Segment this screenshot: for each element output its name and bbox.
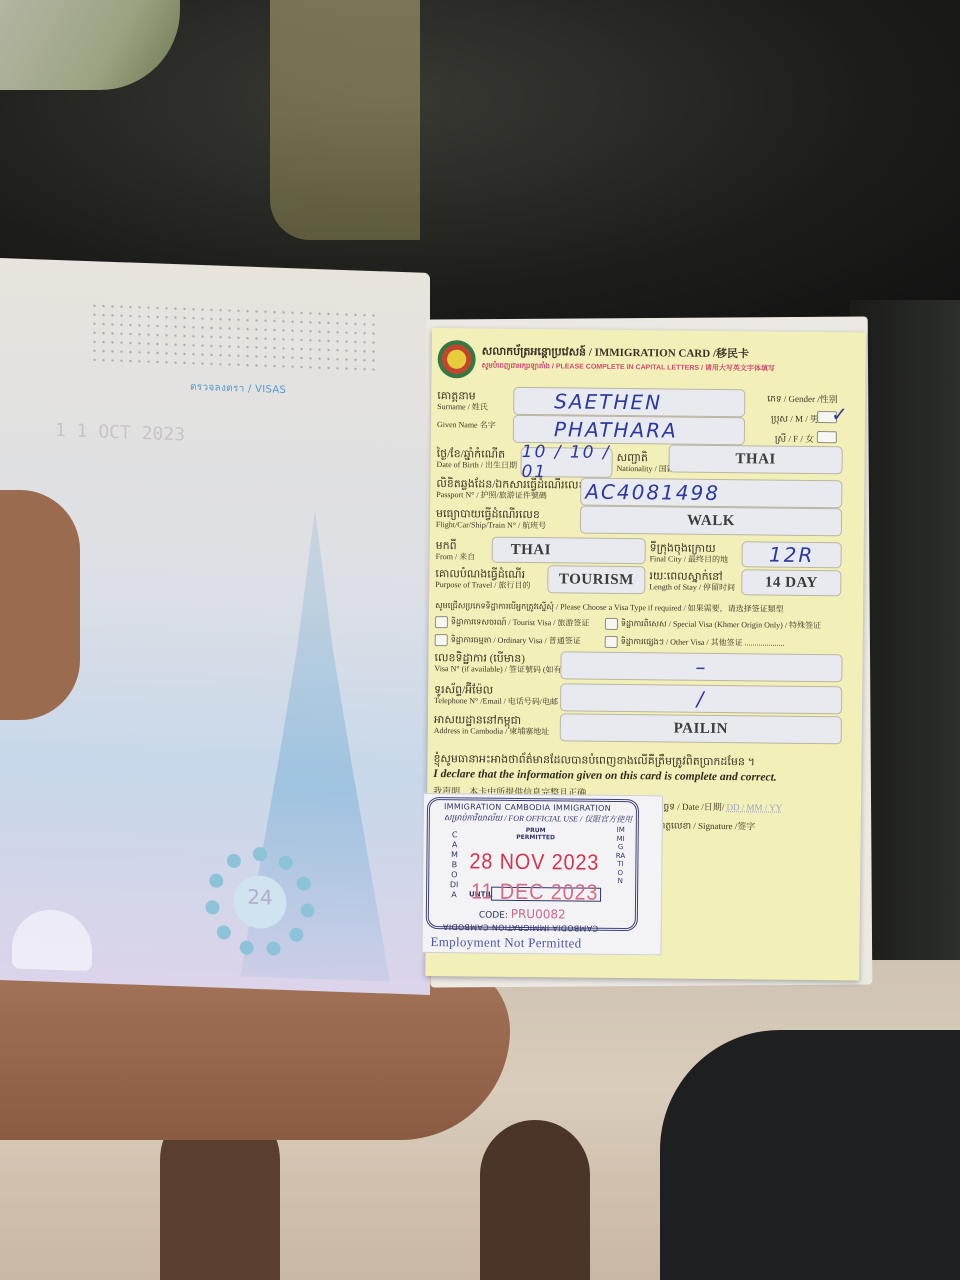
telephone-label: ទូរស័ព្ទ/អ៊ីម៉ែល Telephone N° /Email / 电… [434, 684, 558, 706]
purpose-label: គោលបំណងធ្វើដំណើរ Purpose of Travel / 旅行目… [435, 568, 530, 590]
gender-female-checkbox[interactable] [817, 431, 837, 443]
shoe [660, 1030, 960, 1280]
declaration-english: I declare that the information given on … [433, 768, 777, 784]
stamp-until-date: 11 DEC 2023 [471, 878, 599, 905]
other-visa-checkbox[interactable] [605, 636, 618, 648]
entry-stamp: IMMIGRATION CAMBODIA IMMIGRATION សម្រាប់… [421, 793, 663, 956]
gender-male-label: ប្រុស / M / 男 [771, 412, 819, 428]
flight-no-label: មធ្យោបាយធ្វើដំណើរលេខ Flight/Car/Ship/Tra… [436, 508, 546, 530]
gender-label: ភេទ / Gender /性别 [767, 392, 838, 408]
visa-no-label: លេខទិដ្ឋាការ (បើមាន) Visa N° (if availab… [434, 652, 564, 674]
signature-field[interactable]: ហត្ថលេខា / Signature /签字 [657, 818, 756, 834]
employment-notice: Employment Not Permitted [430, 934, 581, 952]
dob-label: ថ្ងៃ/ខែ/ឆ្នាំកំណើត Date of Birth / 出生日期 [437, 448, 518, 470]
sandal-foot [480, 1120, 590, 1280]
cambodia-emblem-icon [437, 340, 475, 378]
stamp-ring-bottom-text: CAMBODIA IMMIGRATION CAMBODIA [443, 922, 598, 933]
stamp-frame: IMMIGRATION CAMBODIA IMMIGRATION សម្រាប់… [426, 797, 639, 931]
passport-no-label: លិខិតឆ្លងដែន/ឯកសារធ្វើដំណើរលេខ Passport … [436, 478, 585, 501]
length-of-stay-field[interactable]: 14 DAY [741, 569, 841, 596]
length-of-stay-label: រយៈពេលស្នាក់នៅ Length of Stay / 停留时间 [649, 570, 735, 592]
address-label: អាសយដ្ឋាននៅកម្ពុជា Address in Cambodia /… [434, 714, 550, 736]
final-city-field[interactable]: 12R [742, 541, 842, 568]
purpose-field[interactable]: TOURISM [547, 565, 645, 594]
nationality-label: សញ្ជាតិ Nationality / 国籍 [616, 452, 674, 474]
nationality-field[interactable]: THAI [668, 444, 842, 474]
stamp-right-vertical-text: IMMIGRATION [615, 826, 626, 886]
check-mark-icon: ✓ [831, 402, 848, 426]
passport-no-field[interactable]: AC4081498 [580, 478, 842, 509]
address-field[interactable]: PAILIN [560, 713, 842, 744]
stamp-left-vertical-text: CAMBODIA [449, 830, 460, 900]
tourist-visa-checkbox[interactable] [435, 616, 448, 628]
page-number: 24 [233, 884, 287, 910]
from-label: មកពី From / 来自 [436, 540, 476, 561]
thumb [0, 490, 80, 720]
surname-label: គោត្តនាម Surname / 姓氏 [437, 390, 488, 412]
visa-type-prompt: សូមជ្រើសប្រភេទទិដ្ឋាការបើអ្នកត្រូវស្នើសុ… [435, 600, 784, 616]
visa-option-other[interactable]: ទិដ្ឋាការផ្សេងៗ / Other Visa / 其他签证 ....… [605, 636, 785, 650]
given-name-field[interactable]: PHATHARA [513, 415, 745, 445]
stamp-code: CODE: PRU0082 [479, 907, 566, 922]
flight-no-field[interactable]: WALK [580, 506, 842, 537]
dob-field[interactable]: 10 / 10 / 01 [520, 447, 612, 478]
stamp-ring-top-text: IMMIGRATION CAMBODIA IMMIGRATION [444, 802, 611, 813]
visas-label: ตรวจลงตรา / VISAS [190, 380, 286, 398]
card-header: សលាកប័ត្រអន្តោប្រវេសន៍ / IMMIGRATION CAR… [437, 340, 857, 384]
stamp-official-use: សម្រាប់ការិយាល័យ / FOR OFFICIAL USE / 仅限… [444, 812, 632, 826]
perforated-number [90, 301, 380, 371]
visa-option-ordinary[interactable]: ទិដ្ឋាការធម្មតា / Ordinary Visa / 普通签证 [435, 634, 581, 648]
from-field[interactable]: THAI [492, 537, 646, 565]
final-city-label: ទីក្រុងចុងក្រោយ Final City / 最终目的地 [650, 542, 729, 564]
special-visa-checkbox[interactable] [605, 618, 618, 630]
immigration-card: សលាកប័ត្រអន្តោប្រវេសន៍ / IMMIGRATION CAR… [425, 328, 866, 981]
faded-stamp: 1 1 OCT 2023 [55, 420, 185, 446]
stamp-checkpoint: PRUM PERMITTED [506, 827, 566, 842]
surname-field[interactable]: SAETHEN [513, 387, 745, 417]
visa-option-tourist[interactable]: ទិដ្ឋាការទេសចរណ៍ / Tourist Visa / 旅游签证 [435, 616, 590, 630]
background-clothing [270, 0, 420, 240]
telephone-field[interactable]: / [560, 683, 842, 714]
visa-option-special[interactable]: ទិដ្ឋាការពិសេស / Special Visa (Khmer Ori… [605, 618, 821, 632]
stamp-entry-date: 28 NOV 2023 [469, 848, 599, 875]
elephant-watermark-icon [12, 908, 92, 971]
given-name-label: Given Name 名字 [437, 420, 496, 430]
card-subtitle: សូមបំពេញជាអក្សរឡាតាំង / PLEASE COMPLETE … [482, 361, 775, 375]
visa-no-field[interactable]: – [560, 651, 842, 682]
ordinary-visa-checkbox[interactable] [435, 634, 448, 646]
